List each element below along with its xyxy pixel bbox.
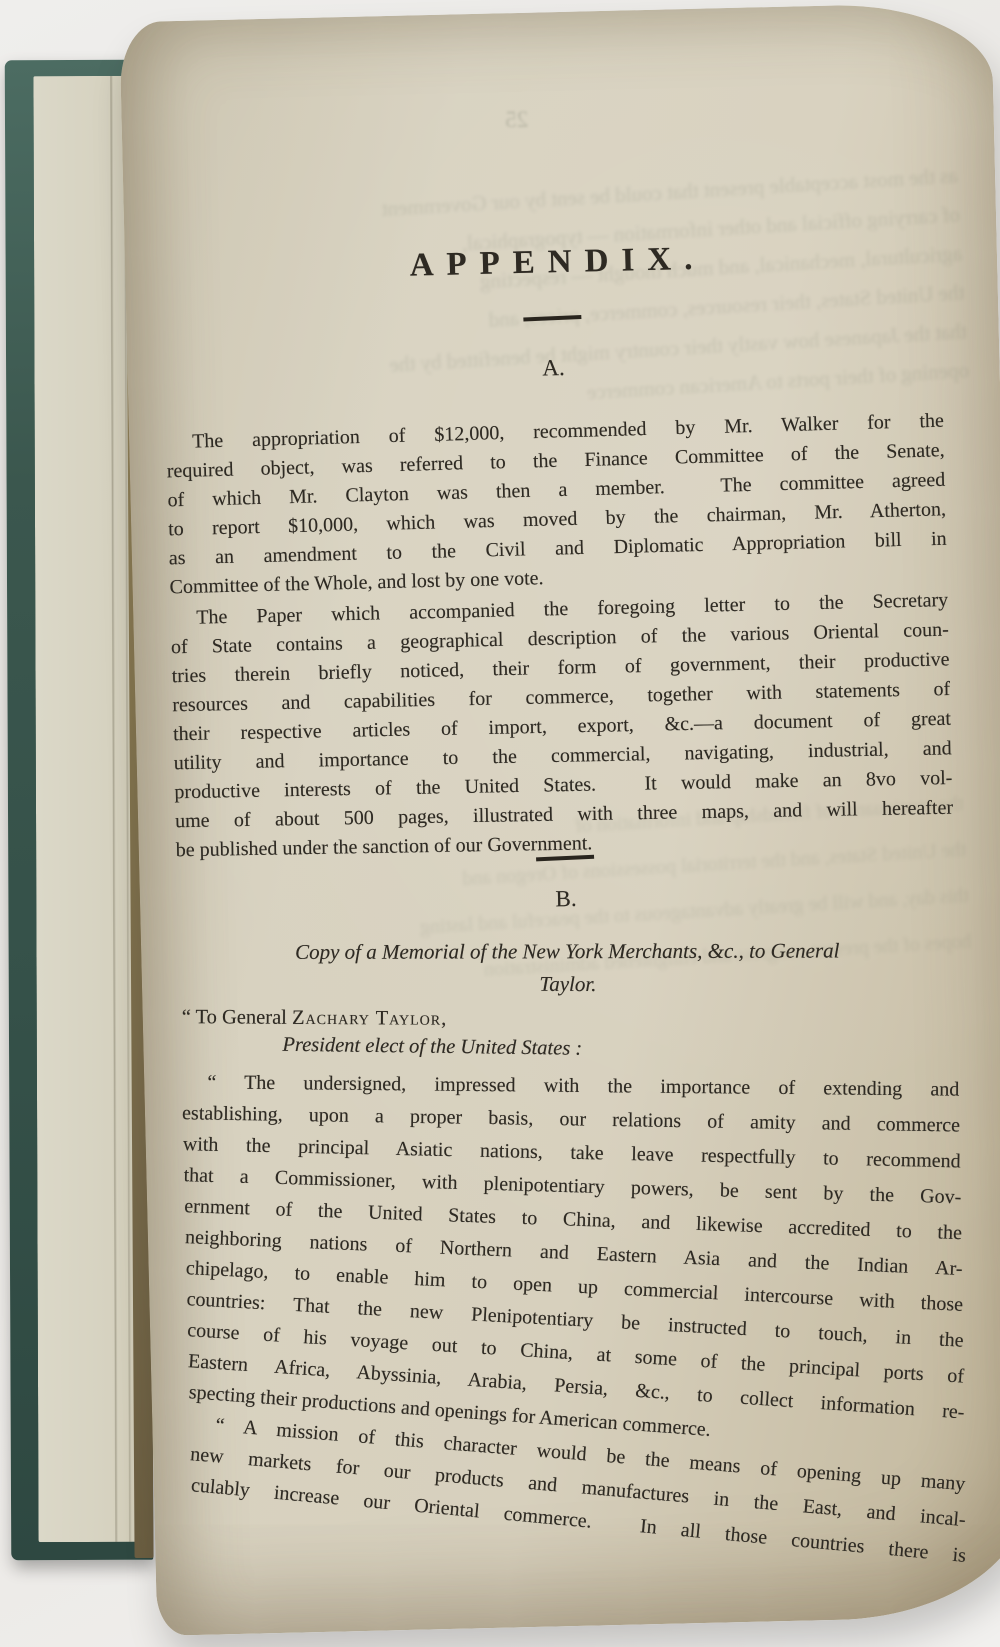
text-line: Taylor. <box>179 967 957 1000</box>
appendix-title: APPENDIX. <box>162 233 941 291</box>
divider-rule-1 <box>523 315 581 321</box>
text-line: Copy of a Memorial of the New York Merch… <box>178 935 956 967</box>
book-page: 25 as the most acceptable present that c… <box>119 2 1000 1636</box>
memorial-body: “ The undersigned, impressed with the im… <box>181 1049 969 1501</box>
paragraph-paper-description: The Paper which accompanied the foregoin… <box>170 585 954 864</box>
paragraph-appropriation: The appropriation of $12,000, recommende… <box>166 410 948 602</box>
section-a-label: A. <box>164 343 943 392</box>
photo-background: 25 as the most acceptable present that c… <box>0 0 1000 1647</box>
salutation-prefix: “ To General <box>182 1006 292 1029</box>
section-b-label: B. <box>177 874 956 923</box>
salutation-name: Zachary Taylor <box>292 1007 441 1030</box>
memorial-heading: Copy of a Memorial of the New York Merch… <box>178 919 957 997</box>
page-content: APPENDIX. A. The appropriation of $12,00… <box>156 3 969 1501</box>
salutation-suffix: , <box>441 1008 446 1030</box>
